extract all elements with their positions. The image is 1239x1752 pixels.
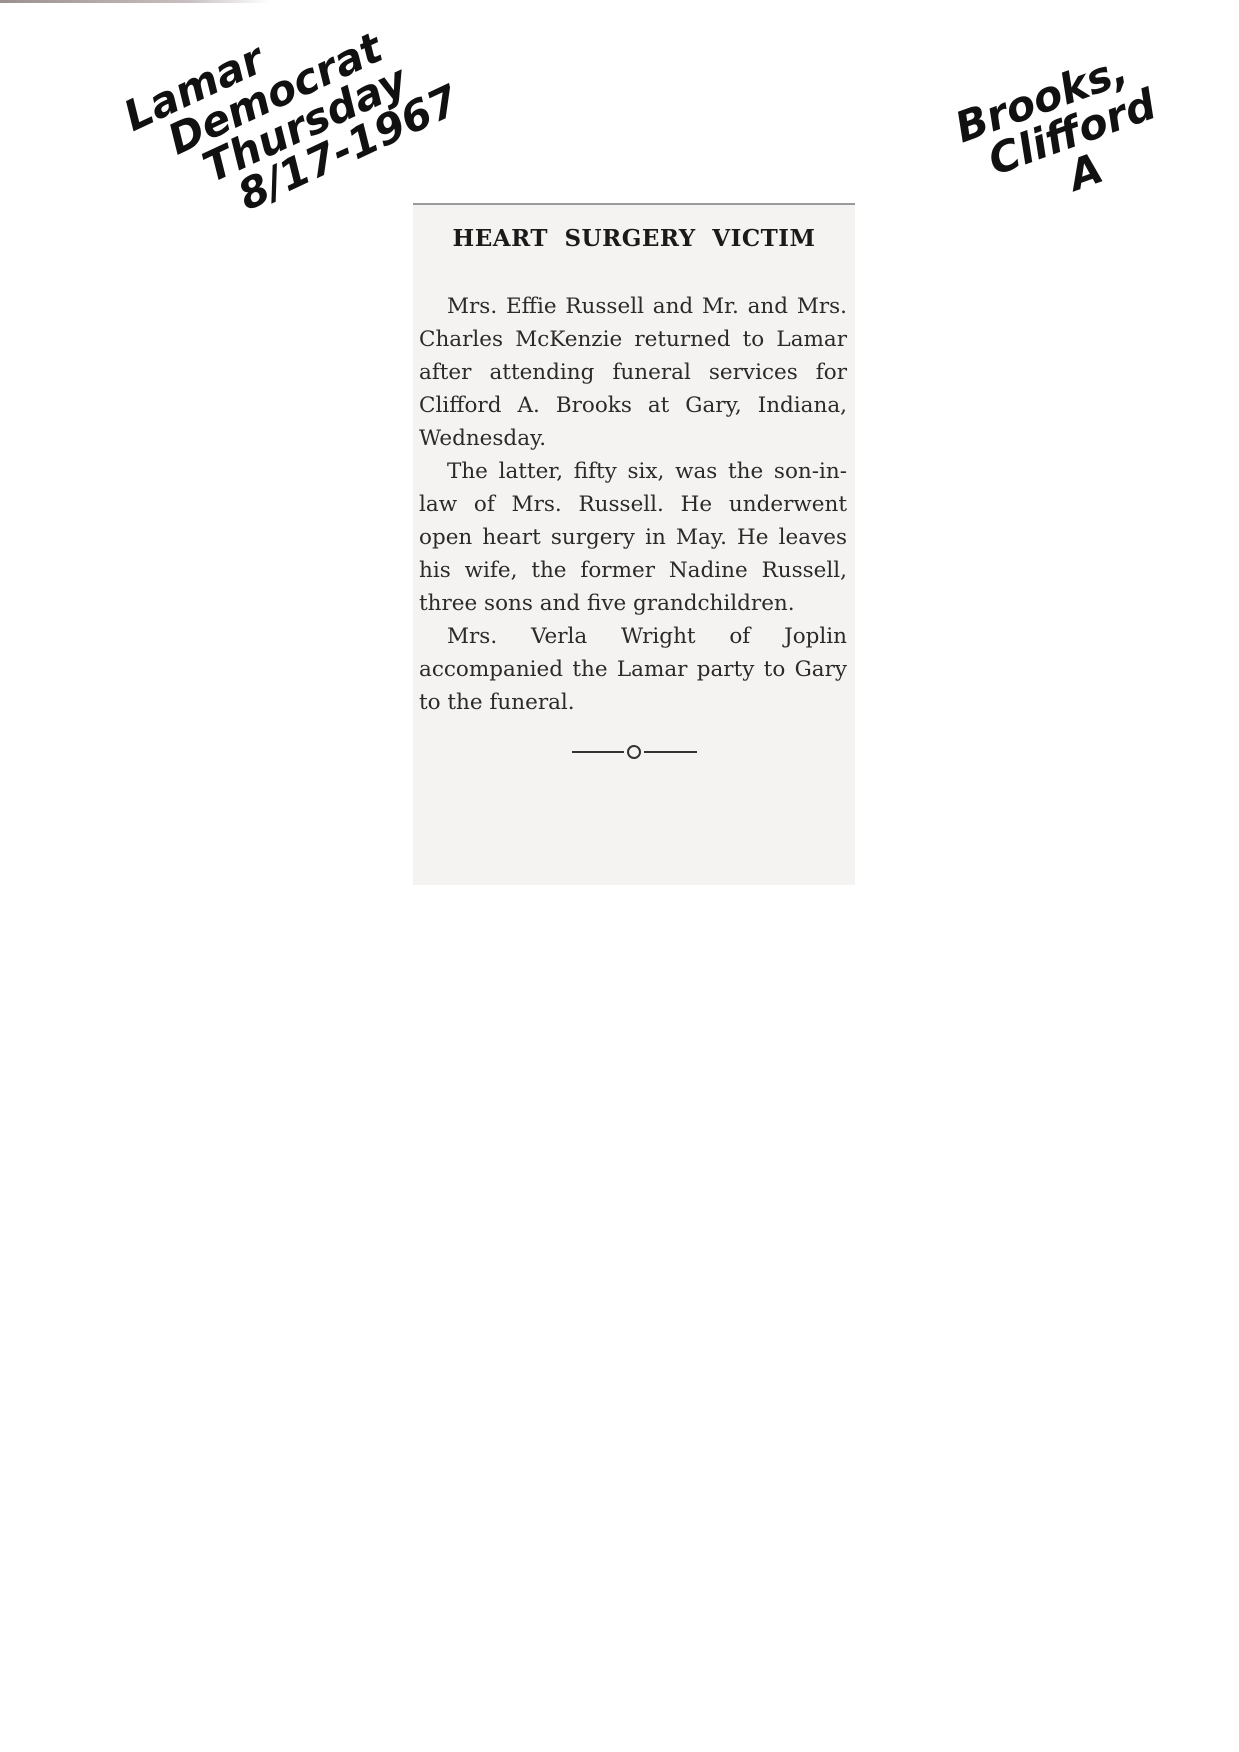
end-divider — [572, 745, 697, 759]
newspaper-clipping: HEART SURGERY VICTIM Mrs. Effie Russell … — [413, 203, 855, 885]
headline: HEART SURGERY VICTIM — [413, 225, 855, 252]
article-body: Mrs. Effie Russell and Mr. and Mrs. Char… — [419, 290, 847, 719]
paragraph: The latter, fifty six, was the son-in-la… — [419, 455, 847, 620]
scan-edge-line — [0, 0, 270, 3]
paragraph: Mrs. Verla Wright of Joplin accompanied … — [419, 620, 847, 719]
handwritten-name-note: Brooks, Clifford A — [950, 44, 1176, 229]
paragraph: Mrs. Effie Russell and Mr. and Mrs. Char… — [419, 290, 847, 455]
